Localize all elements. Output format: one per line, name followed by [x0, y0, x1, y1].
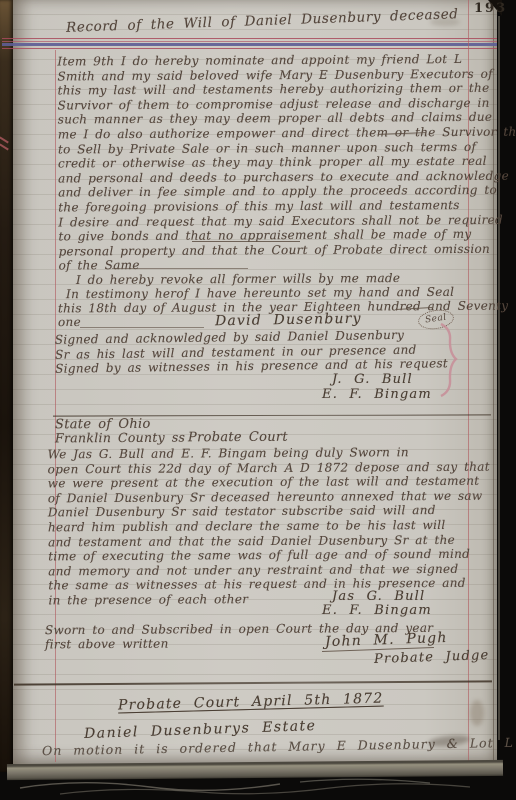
paper-stain [430, 18, 460, 26]
record-book-photo: Record of the Will of Daniel Dusenbury d… [0, 0, 516, 800]
left-margin-rule [55, 50, 56, 762]
sworn-line: first above written [45, 637, 169, 652]
cloth-threads [0, 774, 516, 800]
head-rule-red [2, 41, 497, 42]
witness-signature: E. F. Bingam [322, 603, 432, 618]
witness-signature: J. G. Bull [332, 372, 413, 387]
paper-stain [470, 700, 484, 726]
underline-mark [192, 241, 300, 242]
fill-rule-mark [112, 268, 248, 269]
head-rule-red [2, 48, 497, 49]
testator-signature: David Dusenbury [215, 311, 362, 330]
fill-rule-mark [80, 327, 204, 328]
witness-brace-icon [438, 322, 462, 398]
head-rule-red [2, 38, 497, 39]
probate-county: Franklin County ss [55, 431, 185, 446]
witness-signature: E. F. Bingam [322, 387, 432, 402]
head-rule-blue [2, 43, 497, 46]
probate-paragraph: We Jas G. Bull and E. F. Bingam being du… [48, 445, 491, 608]
page-number: 193 [474, 1, 507, 16]
one-word: one [58, 315, 81, 330]
book-binding [0, 0, 13, 772]
attestation-clause: Signed and acknowledged by said Daniel D… [55, 327, 448, 376]
probate-court-label: Probate Court [188, 431, 288, 446]
witness-signature: Jas G. Bull [332, 589, 425, 604]
